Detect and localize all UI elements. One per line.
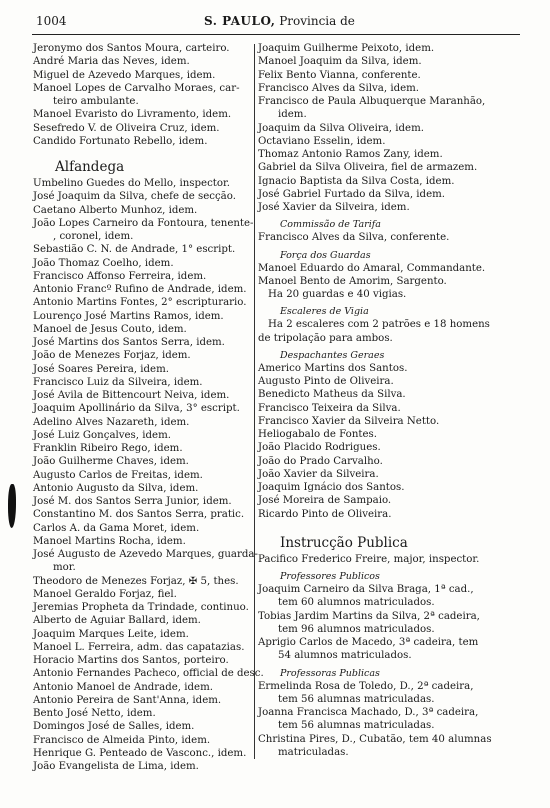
- list-item-continuation: , coronel, idem.: [33, 230, 251, 243]
- list-item: Horacio Martins dos Santos, porteiro.: [33, 654, 251, 667]
- list-item: Miguel de Azevedo Marques, idem.: [33, 69, 251, 82]
- list-item: Manoel Bento de Amorim, Sargento.: [258, 275, 520, 288]
- list-item: José Augusto de Azevedo Marques, guarda-: [33, 548, 251, 561]
- list-item: Pacifico Frederico Freire, major, inspec…: [258, 553, 520, 566]
- professoras-list: Ermelinda Rosa de Toledo, D., 2ª cadeira…: [258, 680, 520, 760]
- list-item: Francisco Affonso Ferreira, idem.: [33, 270, 251, 283]
- list-item: José Soares Pereira, idem.: [33, 363, 251, 376]
- list-item: João Placido Rodrigues.: [258, 441, 520, 454]
- list-item: Thomaz Antonio Ramos Zany, idem.: [258, 148, 520, 161]
- list-item: José Luiz Gonçalves, idem.: [33, 429, 251, 442]
- list-item: Felix Bento Vianna, conferente.: [258, 69, 520, 82]
- list-item: João de Menezes Forjaz, idem.: [33, 349, 251, 362]
- list-item: Candido Fortunato Rebello, idem.: [33, 135, 251, 148]
- list-item: Bento José Netto, idem.: [33, 707, 251, 720]
- subsection-title-escaleres: Escaleres de Vigia: [280, 305, 520, 318]
- list-item: Umbelino Guedes do Mello, inspector.: [33, 177, 251, 190]
- list-item-continuation: tem 60 alumnos matriculados.: [258, 596, 520, 609]
- running-title-bold: S. PAULO,: [204, 14, 275, 28]
- page-number: 1004: [36, 14, 67, 28]
- list-item: Joaquim Guilherme Peixoto, idem.: [258, 42, 520, 55]
- list-item: José Joaquim da Silva, chefe de secção.: [33, 190, 251, 203]
- escaleres-note-line1: Ha 2 escaleres com 2 patrões e 18 homens: [258, 318, 520, 331]
- list-item: Aprigio Carlos de Macedo, 3ª cadeira, te…: [258, 636, 520, 649]
- list-item: Augusto Carlos de Freitas, idem.: [33, 469, 251, 482]
- subsection-title-professores: Professores Publicos: [280, 570, 520, 583]
- list-item: Ignacio Baptista da Silva Costa, idem.: [258, 175, 520, 188]
- list-item: Theodoro de Menezes Forjaz, ✠ 5, thes.: [33, 575, 251, 588]
- section-title-instruccao: Instrucção Publica: [280, 535, 520, 551]
- column-divider: [254, 44, 255, 759]
- list-item: Sesefredo V. de Oliveira Cruz, idem.: [33, 122, 251, 135]
- list-item: José M. dos Santos Serra Junior, idem.: [33, 495, 251, 508]
- list-item: Carlos A. da Gama Moret, idem.: [33, 522, 251, 535]
- list-item: Manoel L. Ferreira, adm. das capatazias.: [33, 641, 251, 654]
- list-item: Manoel Martins Rocha, idem.: [33, 535, 251, 548]
- left-column: Jeronymo dos Santos Moura, carteiro.Andr…: [33, 42, 251, 773]
- list-item-continuation: tem 56 alumnas matriculadas.: [258, 693, 520, 706]
- list-item: Octaviano Esselin, idem.: [258, 135, 520, 148]
- list-item: Joaquim Carneiro da Silva Braga, 1ª cad.…: [258, 583, 520, 596]
- list-item-continuation: mor.: [33, 561, 251, 574]
- alfandega-list: Umbelino Guedes do Mello, inspector.José…: [33, 177, 251, 773]
- list-item: José Gabriel Furtado da Silva, idem.: [258, 188, 520, 201]
- list-item: Lourenço José Martins Ramos, idem.: [33, 310, 251, 323]
- right-column: Joaquim Guilherme Peixoto, idem.Manoel J…: [258, 42, 520, 759]
- header-rule: [32, 34, 520, 36]
- list-item: Americo Martins dos Santos.: [258, 362, 520, 375]
- list-item: João Thomaz Coelho, idem.: [33, 257, 251, 270]
- list-item: João Evangelista de Lima, idem.: [33, 760, 251, 773]
- list-item: Augusto Pinto de Oliveira.: [258, 375, 520, 388]
- list-item: Antonio Pereira de Sant'Anna, idem.: [33, 694, 251, 707]
- list-item: Henrique G. Penteado de Vasconc., idem.: [33, 747, 251, 760]
- list-item: Francisco Alves da Silva, idem.: [258, 82, 520, 95]
- list-item: Manoel Geraldo Forjaz, fiel.: [33, 588, 251, 601]
- list-item: João do Prado Carvalho.: [258, 455, 520, 468]
- list-item: Alberto de Aguiar Ballard, idem.: [33, 614, 251, 627]
- forca-list: Manoel Eduardo do Amaral, Commandante.Ma…: [258, 262, 520, 289]
- list-item: Antonio Manoel de Andrade, idem.: [33, 681, 251, 694]
- left-top-list: Jeronymo dos Santos Moura, carteiro.Andr…: [33, 42, 251, 148]
- list-item: Francisco de Almeida Pinto, idem.: [33, 734, 251, 747]
- list-item: Adelino Alves Nazareth, idem.: [33, 416, 251, 429]
- professores-list: Joaquim Carneiro da Silva Braga, 1ª cad.…: [258, 583, 520, 663]
- list-item: Gabriel da Silva Oliveira, fiel de armaz…: [258, 161, 520, 174]
- list-item: Manoel Evaristo do Livramento, idem.: [33, 108, 251, 121]
- list-item-continuation: teiro ambulante.: [33, 95, 251, 108]
- list-item: Jeronymo dos Santos Moura, carteiro.: [33, 42, 251, 55]
- list-item: Domingos José de Salles, idem.: [33, 720, 251, 733]
- list-item: João Guilherme Chaves, idem.: [33, 455, 251, 468]
- list-item: Joaquim da Silva Oliveira, idem.: [258, 122, 520, 135]
- list-item: Benedicto Matheus da Silva.: [258, 388, 520, 401]
- list-item: Joaquim Marques Leite, idem.: [33, 628, 251, 641]
- list-item-continuation: matriculadas.: [258, 746, 520, 759]
- despachantes-list: Americo Martins dos Santos.Augusto Pinto…: [258, 362, 520, 521]
- running-title-rest: Provincia de: [275, 14, 355, 28]
- list-item: Franklin Ribeiro Rego, idem.: [33, 442, 251, 455]
- ink-blot: [8, 484, 16, 528]
- list-item: Manoel Lopes de Carvalho Moraes, car-: [33, 82, 251, 95]
- list-item: João Lopes Carneiro da Fontoura, tenente…: [33, 217, 251, 230]
- list-item: João Xavier da Silveira.: [258, 468, 520, 481]
- section-title-alfandega: Alfandega: [55, 159, 251, 175]
- running-title: S. PAULO, Provincia de: [204, 14, 355, 28]
- subsection-title-despachantes: Despachantes Geraes: [280, 349, 520, 362]
- instruccao-list: Pacifico Frederico Freire, major, inspec…: [258, 553, 520, 566]
- list-item: Joanna Francisca Machado, D., 3ª cadeira…: [258, 706, 520, 719]
- subsection-title-commissao: Commissão de Tarifa: [280, 218, 520, 231]
- list-item: Tobias Jardim Martins da Silva, 2ª cadei…: [258, 610, 520, 623]
- right-top-list: Joaquim Guilherme Peixoto, idem.Manoel J…: [258, 42, 520, 214]
- commissao-list: Francisco Alves da Silva, conferente.: [258, 231, 520, 244]
- list-item-continuation: tem 96 alumnos matriculados.: [258, 623, 520, 636]
- list-item: Francisco Xavier da Silveira Netto.: [258, 415, 520, 428]
- list-item: Manoel Eduardo do Amaral, Commandante.: [258, 262, 520, 275]
- list-item: José Martins dos Santos Serra, idem.: [33, 336, 251, 349]
- list-item: Francisco Alves da Silva, conferente.: [258, 231, 520, 244]
- list-item: Ricardo Pinto de Oliveira.: [258, 508, 520, 521]
- list-item: Antonio Augusto da Silva, idem.: [33, 482, 251, 495]
- list-item: José Avila de Bittencourt Neiva, idem.: [33, 389, 251, 402]
- list-item: Antonio Fernandes Pacheco, official de d…: [33, 667, 251, 680]
- list-item: Francisco de Paula Albuquerque Maranhão,: [258, 95, 520, 108]
- list-item: Francisco Luiz da Silveira, idem.: [33, 376, 251, 389]
- list-item: Joaquim Ignácio dos Santos.: [258, 481, 520, 494]
- list-item-continuation: 54 alumnos matriculados.: [258, 649, 520, 662]
- list-item: Jeremias Propheta da Trindade, continuo.: [33, 601, 251, 614]
- list-item: Manoel Joaquim da Silva, idem.: [258, 55, 520, 68]
- subsection-title-forca: Força dos Guardas: [280, 249, 520, 262]
- forca-note: Ha 20 guardas e 40 vigias.: [258, 288, 520, 301]
- list-item: José Xavier da Silveira, idem.: [258, 201, 520, 214]
- list-item: Antonio Martins Fontes, 2° escripturario…: [33, 296, 251, 309]
- list-item: Christina Pires, D., Cubatão, tem 40 alu…: [258, 733, 520, 746]
- list-item: Heliogabalo de Fontes.: [258, 428, 520, 441]
- list-item: Sebastião C. N. de Andrade, 1° escript.: [33, 243, 251, 256]
- list-item: Constantino M. dos Santos Serra, pratic.: [33, 508, 251, 521]
- subsection-title-professoras: Professoras Publicas: [280, 667, 520, 680]
- list-item-continuation: tem 56 alumnas matriculadas.: [258, 719, 520, 732]
- list-item: Caetano Alberto Munhoz, idem.: [33, 204, 251, 217]
- list-item: Francisco Teixeira da Silva.: [258, 402, 520, 415]
- list-item: André Maria das Neves, idem.: [33, 55, 251, 68]
- list-item: Antonio Francº Rufino de Andrade, idem.: [33, 283, 251, 296]
- list-item: Manoel de Jesus Couto, idem.: [33, 323, 251, 336]
- page-header: 1004 S. PAULO, Provincia de: [32, 12, 520, 34]
- list-item: José Moreira de Sampaio.: [258, 494, 520, 507]
- list-item: Ermelinda Rosa de Toledo, D., 2ª cadeira…: [258, 680, 520, 693]
- escaleres-note-line2: de tripolação para ambos.: [258, 332, 520, 345]
- list-item-continuation: idem.: [258, 108, 520, 121]
- list-item: Joaquim Apollinário da Silva, 3° escript…: [33, 402, 251, 415]
